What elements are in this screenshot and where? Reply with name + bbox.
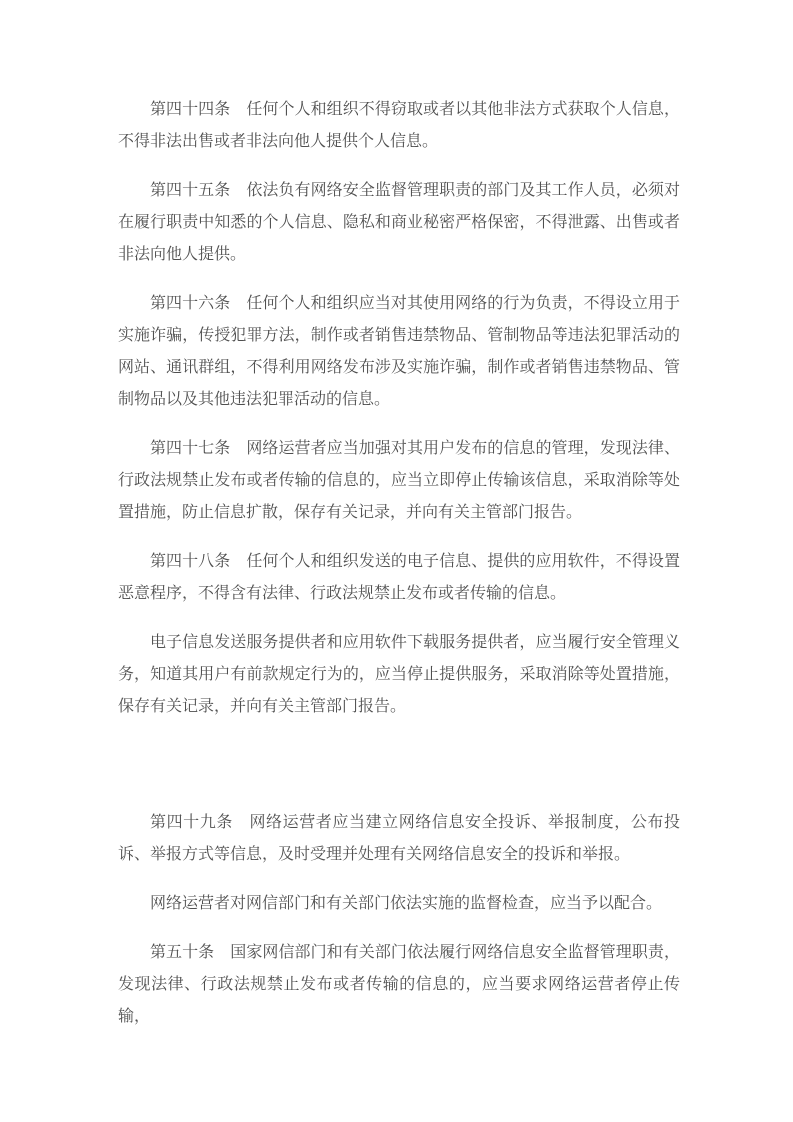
paragraph-article-50: 第五十条 国家网信部门和有关部门依法履行网络信息安全监督管理职责，发现法律、行政… [118, 937, 680, 1033]
paragraph-article-49-clause-2: 网络运营者对网信部门和有关部门依法实施的监督检查，应当予以配合。 [118, 888, 680, 920]
paragraph-article-48-clause-2: 电子信息发送服务提供者和应用软件下载服务提供者，应当履行安全管理义务，知道其用户… [118, 627, 680, 723]
document-page: 第四十四条 任何个人和组织不得窃取或者以其他非法方式获取个人信息，不得非法出售或… [0, 0, 793, 1122]
paragraph-article-49: 第四十九条 网络运营者应当建立网络信息安全投诉、举报制度，公布投诉、举报方式等信… [118, 807, 680, 871]
paragraph-article-46: 第四十六条 任何个人和组织应当对其使用网络的行为负责，不得设立用于实施诈骗，传授… [118, 288, 680, 416]
paragraph-article-47: 第四十七条 网络运营者应当加强对其用户发布的信息的管理，发现法律、行政法规禁止发… [118, 433, 680, 529]
paragraph-article-48: 第四十八条 任何个人和组织发送的电子信息、提供的应用软件，不得设置恶意程序，不得… [118, 546, 680, 610]
paragraph-article-44: 第四十四条 任何个人和组织不得窃取或者以其他非法方式获取个人信息，不得非法出售或… [118, 94, 680, 158]
paragraph-article-45: 第四十五条 依法负有网络安全监督管理职责的部门及其工作人员，必须对在履行职责中知… [118, 175, 680, 271]
